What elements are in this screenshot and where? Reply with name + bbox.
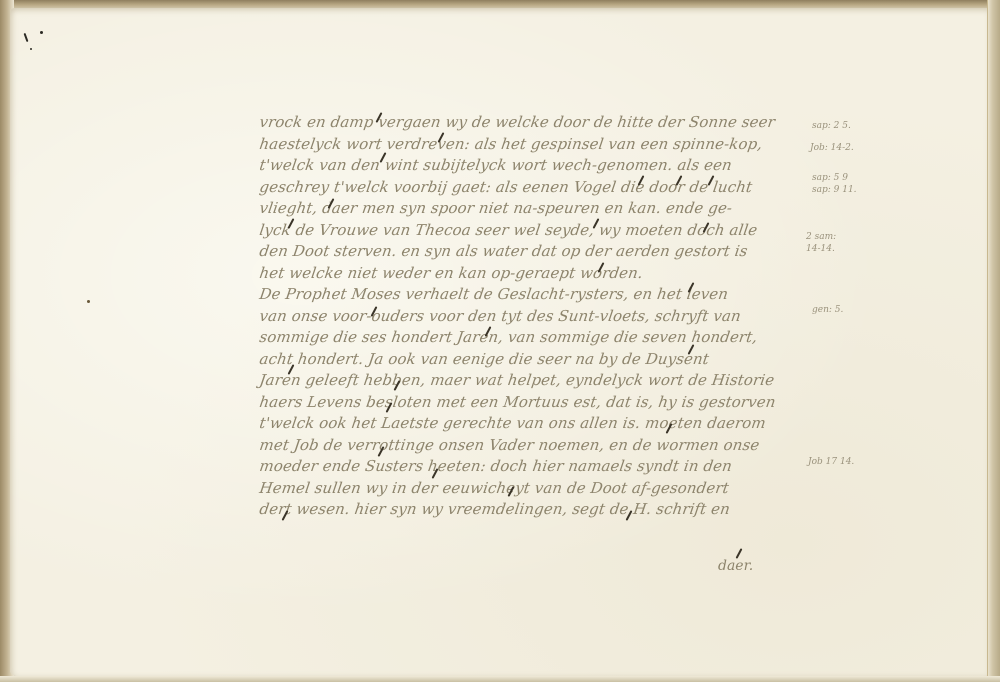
text-line: het welcke niet weder en kan op-geraept … (258, 263, 781, 285)
ink-speck (40, 31, 43, 34)
text-line: met Job de verrottinge onsen Vader noeme… (258, 435, 781, 457)
text-line: Jaren geleeft hebben, maer wat helpet, e… (258, 370, 781, 392)
margin-reference: sap: 2 5. (812, 121, 851, 132)
text-line: van onse voor-ouders voor den tyt des Su… (258, 306, 781, 328)
text-line: acht hondert. Ja ook van eenige die seer… (258, 349, 781, 371)
text-line: dert wesen. hier syn wy vreemdelingen, s… (258, 499, 781, 521)
ink-speck (30, 48, 32, 50)
text-line: den Doot sterven. en syn als water dat o… (258, 241, 781, 263)
margin-reference: Job: 14-2. (810, 143, 854, 154)
margin-reference: Job 17 14. (808, 457, 854, 468)
margin-reference: 2 sam: (806, 232, 836, 243)
margin-reference: gen: 5. (812, 305, 843, 316)
text-line: haers Levens besloten met een Mortuus es… (258, 392, 781, 414)
text-line: geschrey t'welck voorbij gaet: als eenen… (258, 177, 781, 199)
page-bottom-edge (0, 676, 1000, 682)
margin-reference: sap: 9 11. (812, 185, 857, 196)
text-line: Hemel sullen wy in der eeuwicheyt van de… (258, 478, 781, 500)
text-line: haestelyck wort verdreven: als het gespi… (258, 134, 781, 156)
text-line: vrock en damp vergaen wy de welcke door … (258, 112, 781, 134)
manuscript-scan: vrock en damp vergaen wy de welcke door … (0, 0, 1000, 682)
text-line: sommige die ses hondert Jaren, van sommi… (258, 327, 781, 349)
page-gutter (987, 0, 1000, 682)
text-line: t'welck van den wint subijtelyck wort we… (258, 155, 781, 177)
catchword: daer. (718, 558, 753, 574)
margin-reference: sap: 5 9 (812, 173, 848, 184)
text-line: t'welck ook het Laetste gerechte van ons… (258, 413, 781, 435)
manuscript-text: vrock en damp vergaen wy de welcke door … (258, 112, 778, 521)
ink-speck (87, 300, 90, 303)
margin-reference: 14-14. (806, 244, 835, 255)
text-line: De Prophet Moses verhaelt de Geslacht-ry… (258, 284, 781, 306)
text-line: vlieght, daer men syn spoor niet na-speu… (258, 198, 781, 220)
text-line: moeder ende Susters heeten: doch hier na… (258, 456, 781, 478)
